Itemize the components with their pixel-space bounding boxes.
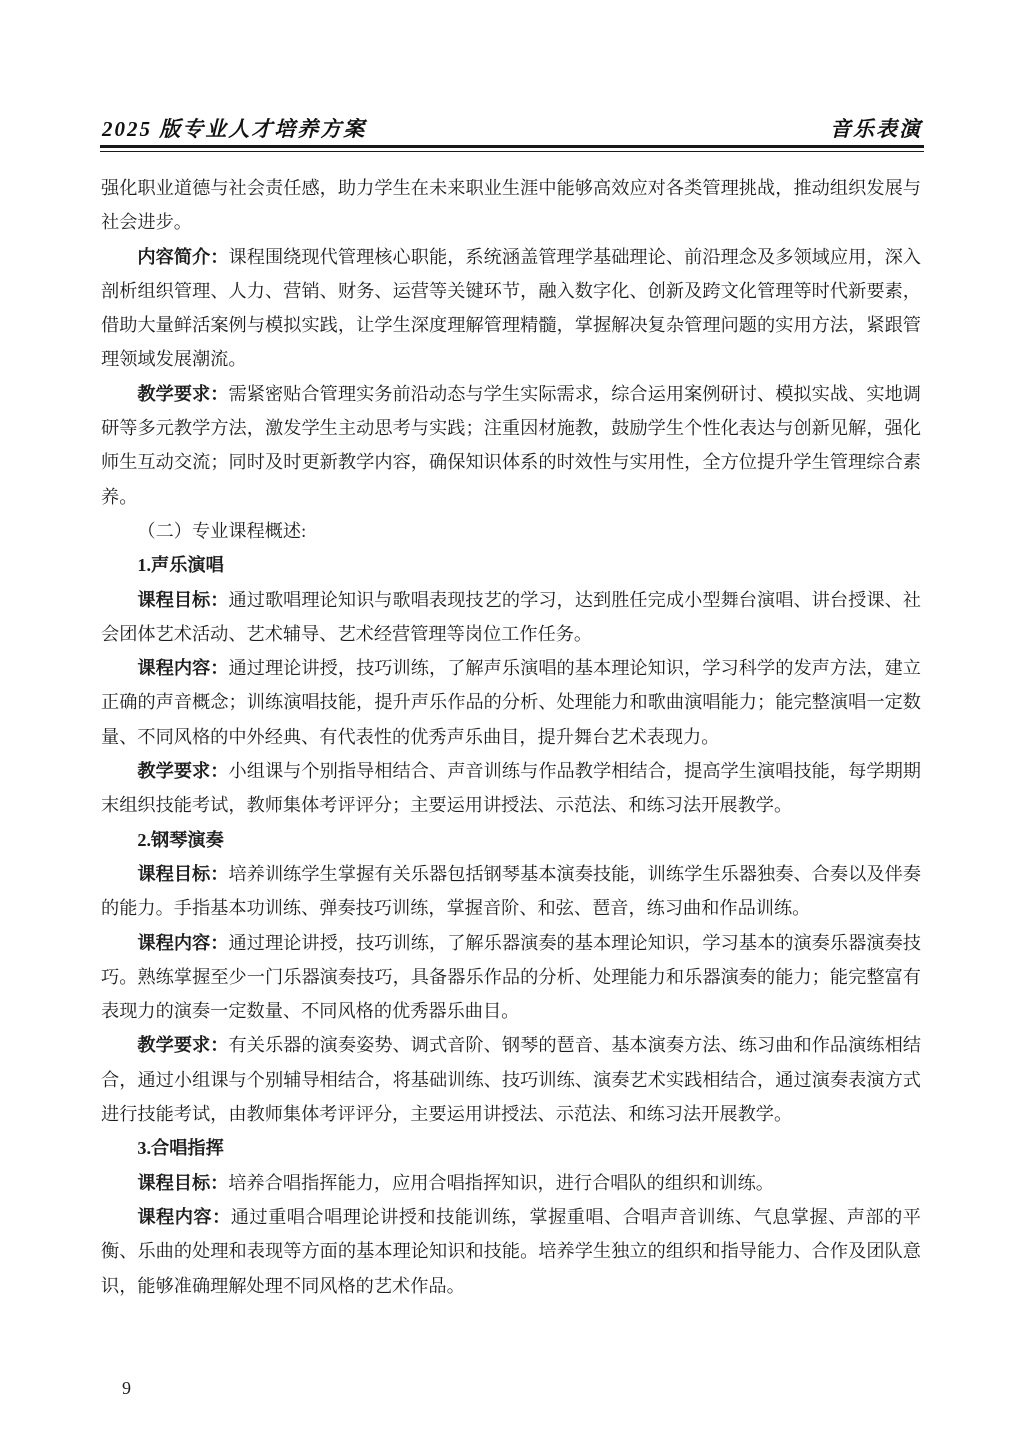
- course-title: 2.钢琴演奏: [101, 823, 921, 857]
- course-title: 3.合唱指挥: [101, 1131, 921, 1165]
- paragraph-continuation: 强化职业道德与社会责任感，助力学生在未来职业生涯中能够高效应对各类管理挑战，推动…: [101, 171, 921, 240]
- section-subtitle: （二）专业课程概述:: [101, 514, 921, 548]
- paragraph-text: 强化职业道德与社会责任感，助力学生在未来职业生涯中能够高效应对各类管理挑战，推动…: [101, 178, 921, 232]
- paragraph-text: 培养合唱指挥能力，应用合唱指挥知识，进行合唱队的组织和训练。: [228, 1173, 774, 1193]
- paragraph: 教学要求：小组课与个别指导相结合、声音训练与作品教学相结合，提高学生演唱技能，每…: [101, 754, 921, 823]
- paragraph: 教学要求：需紧密贴合管理实务前沿动态与学生实际需求，综合运用案例研讨、模拟实战、…: [101, 377, 921, 514]
- page-number: 9: [122, 1378, 131, 1399]
- header-doc-title: 2025 版专业人才培养方案: [102, 113, 366, 143]
- paragraph-label: 教学要求：: [137, 761, 228, 781]
- paragraph: 课程内容：通过理论讲授，技巧训练，了解乐器演奏的基本理论知识，学习基本的演奏乐器…: [101, 926, 921, 1029]
- header-divider: [100, 145, 924, 152]
- paragraph: 课程目标：培养合唱指挥能力，应用合唱指挥知识，进行合唱队的组织和训练。: [101, 1166, 921, 1200]
- paragraph-text: 3.合唱指挥: [137, 1138, 223, 1158]
- paragraph: 内容简介：课程围绕现代管理核心职能，系统涵盖管理学基础理论、前沿理念及多领域应用…: [101, 240, 921, 377]
- paragraph: 课程内容：通过重唱合唱理论讲授和技能训练，掌握重唱、合唱声音训练、气息掌握、声部…: [101, 1200, 921, 1303]
- course-title: 1.声乐演唱: [101, 548, 921, 582]
- paragraph-label: 课程内容：: [137, 658, 228, 678]
- paragraph: 课程目标：培养训练学生掌握有关乐器包括钢琴基本演奏技能，训练学生乐器独奏、合奏以…: [101, 857, 921, 926]
- paragraph: 教学要求：有关乐器的演奏姿势、调式音阶、钢琴的琶音、基本演奏方法、练习曲和作品演…: [101, 1028, 921, 1131]
- paragraph: 课程内容：通过理论讲授，技巧训练，了解声乐演唱的基本理论知识，学习科学的发声方法…: [101, 651, 921, 754]
- page-header: 2025 版专业人才培养方案 音乐表演: [102, 116, 922, 143]
- paragraph-label: 内容简介：: [137, 247, 228, 267]
- document-body: 强化职业道德与社会责任感，助力学生在未来职业生涯中能够高效应对各类管理挑战，推动…: [101, 171, 921, 1303]
- paragraph-text: （二）专业课程概述:: [137, 521, 306, 541]
- paragraph-label: 课程内容：: [137, 933, 228, 953]
- paragraph-text: 1.声乐演唱: [137, 555, 223, 575]
- header-program-name: 音乐表演: [830, 113, 922, 143]
- paragraph: 课程目标：通过歌唱理论知识与歌唱表现技艺的学习，达到胜任完成小型舞台演唱、讲台授…: [101, 583, 921, 652]
- paragraph-label: 课程目标：: [137, 1173, 228, 1193]
- paragraph-label: 课程内容：: [137, 1207, 230, 1227]
- paragraph-label: 教学要求：: [137, 384, 228, 404]
- paragraph-label: 教学要求：: [137, 1035, 228, 1055]
- paragraph-label: 课程目标：: [137, 590, 228, 610]
- paragraph-label: 课程目标：: [137, 864, 228, 884]
- document-page: 2025 版专业人才培养方案 音乐表演 强化职业道德与社会责任感，助力学生在未来…: [0, 0, 1024, 1448]
- paragraph-text: 2.钢琴演奏: [137, 830, 223, 850]
